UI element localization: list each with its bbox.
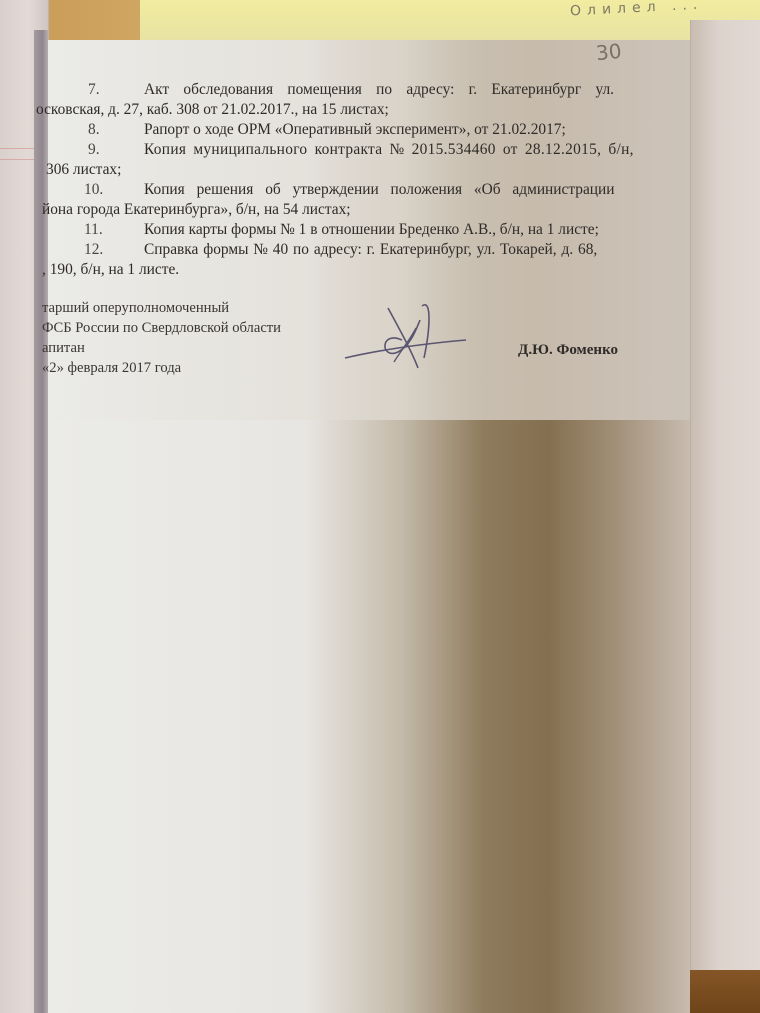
yellow-folder-note: Олилел ... (140, 0, 760, 40)
handwritten-note-scribble: Олилел ... (570, 0, 704, 19)
next-pages-edge (690, 20, 760, 970)
item-number: 7. (88, 80, 100, 100)
item-text: Справка формы № 40 по адресу: г. Екатери… (144, 240, 597, 260)
signer-name: Д.Ю. Фоменко (518, 342, 618, 359)
item-number: 11. (84, 220, 103, 240)
item-number: 9. (88, 140, 100, 160)
signer-position: тарший оперуполномоченный (42, 298, 281, 318)
signer-department: ФСБ России по Свердловской области (42, 318, 281, 338)
document-page: 30 7. Акт обследования помещения по адре… (48, 40, 690, 1013)
item-continuation: , 190, б/н, на 1 листе. (42, 260, 179, 280)
item-text: Рапорт о ходе ОРМ «Оперативный экспериме… (144, 120, 566, 140)
item-number: 10. (84, 180, 103, 200)
item-number: 12. (84, 240, 103, 260)
handwritten-signature (340, 300, 470, 375)
item-text: Акт обследования помещения по адресу: г.… (144, 80, 614, 100)
signature-block: тарший оперуполномоченный ФСБ России по … (42, 298, 281, 378)
item-continuation: осковская, д. 27, каб. 308 от 21.02.2017… (36, 100, 389, 120)
item-text: Копия карты формы № 1 в отношении Бреден… (144, 220, 599, 240)
item-continuation: йона города Екатеринбурга», б/н, на 54 л… (42, 200, 351, 220)
signer-rank: апитан (42, 338, 281, 358)
handwritten-page-number: 30 (595, 39, 623, 66)
item-number: 8. (88, 120, 100, 140)
item-continuation: 306 листах; (46, 160, 121, 180)
item-text: Копия муниципального контракта № 2015.53… (144, 140, 634, 160)
document-date: «2» февраля 2017 года (42, 358, 281, 378)
item-text: Копия решения об утверждении положения «… (144, 180, 615, 200)
